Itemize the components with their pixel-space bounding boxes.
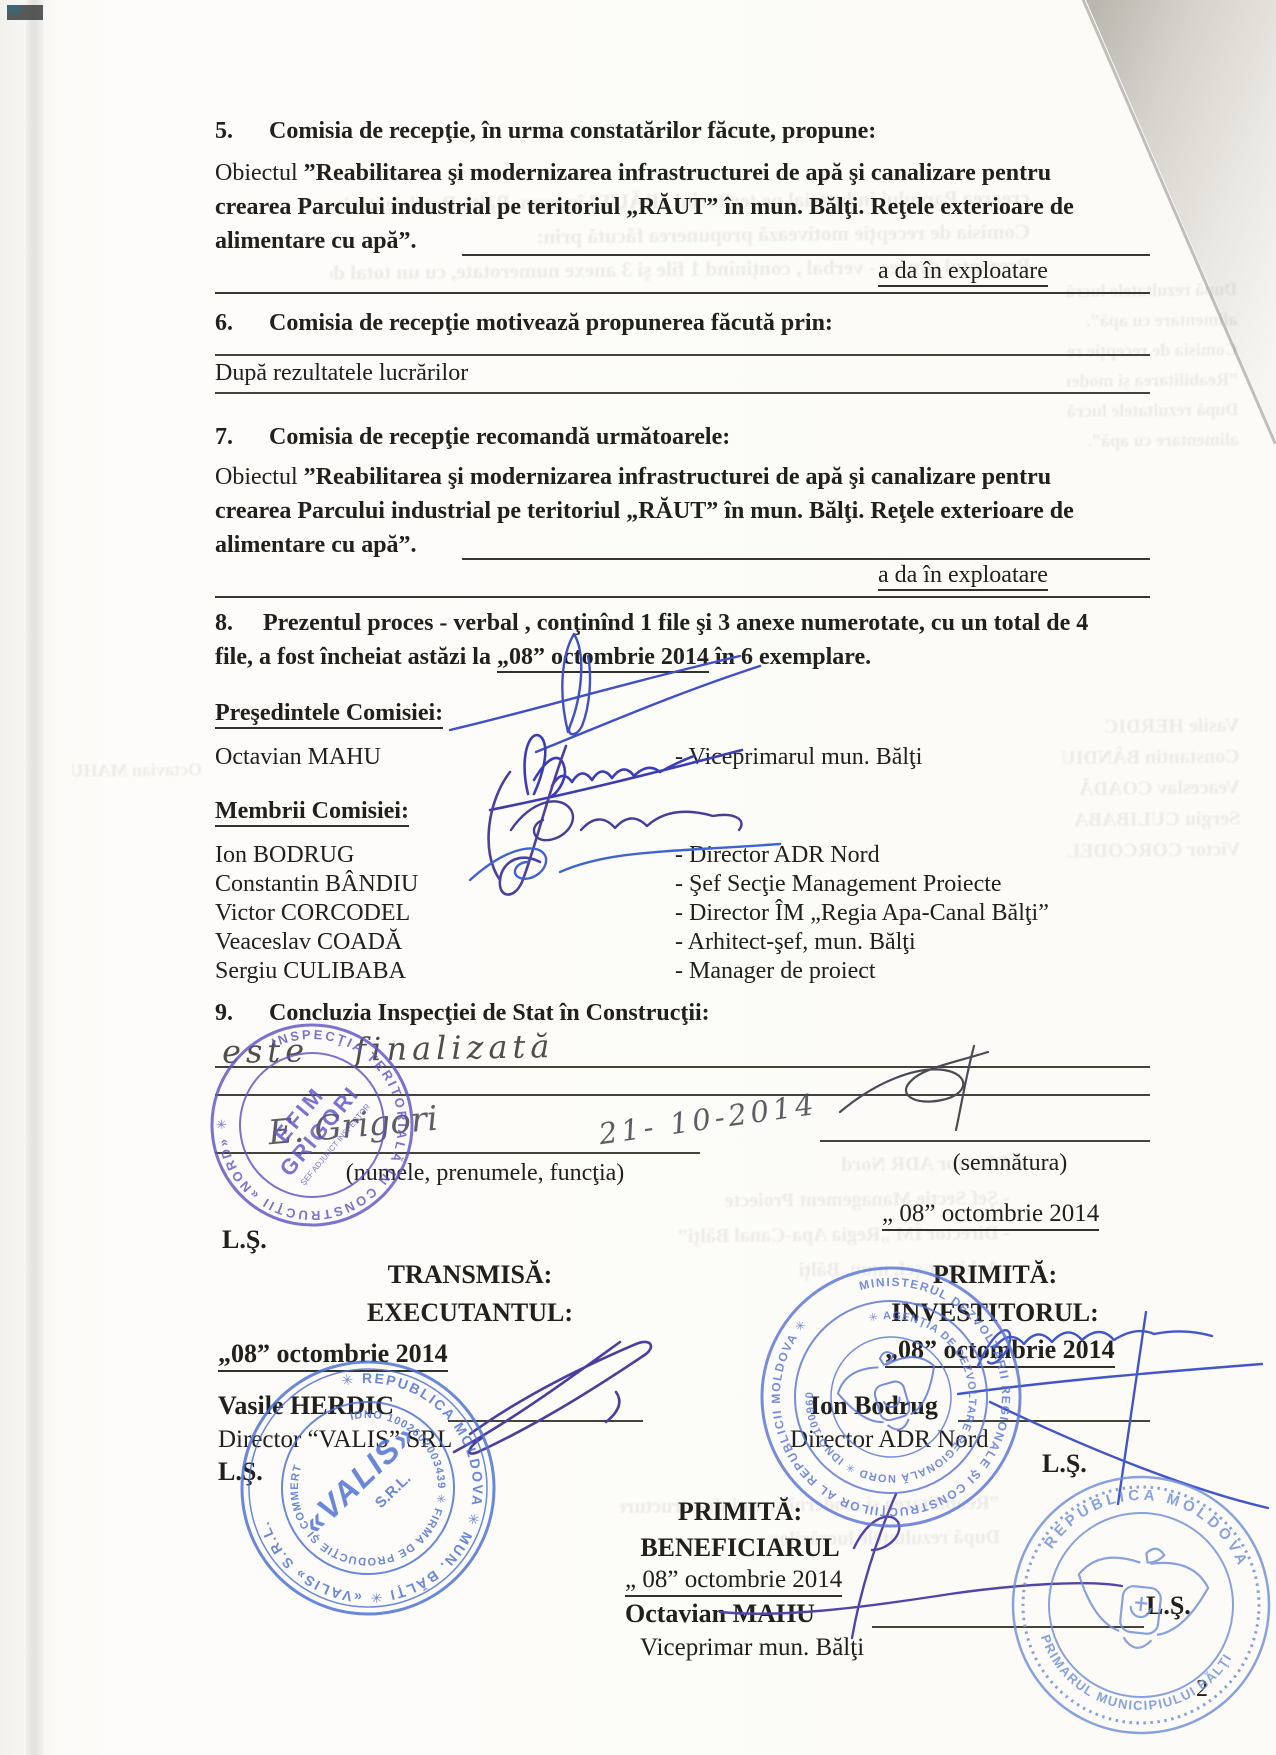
object-text: ”Reabilitarea şi modernizarea infrastruc… — [304, 464, 1051, 490]
verdict-exploatare: a da în exploatare — [878, 562, 1048, 591]
document-page: crearea Parcului industrial pe teritoriu… — [0, 0, 1276, 1755]
member-role: - Manager de proiect — [675, 958, 876, 984]
member-name: Ion BODRUG — [215, 842, 354, 868]
transmitted-header: TRANSMISĂ: EXECUTANTUL: — [320, 1256, 620, 1332]
member-name: Veaceslav COADĂ — [215, 929, 402, 955]
section8-number: 8. — [215, 610, 233, 636]
bleed-through-text: Octavian MAHU — [72, 759, 202, 790]
member-row: Victor CORCODEL - Director ÎM „Regia Apa… — [215, 900, 1150, 929]
members-curls-path — [511, 801, 741, 840]
president-heading: Preşedintele Comisiei: — [215, 700, 443, 729]
verdict-exploatare: a da în exploatare — [878, 258, 1048, 287]
ruled-line — [462, 254, 1150, 256]
bleed-line: Comisia de recepţie recomandă următoarel… — [1066, 334, 1238, 366]
caption-signature: (semnătura) — [900, 1150, 1120, 1176]
ruled-line — [820, 1140, 1150, 1142]
primaria-stamp-coat-of-arms — [1072, 1541, 1212, 1655]
member-role: - Arhitect-şef, mun. Bălţi — [675, 929, 916, 955]
ruled-line — [215, 292, 1150, 294]
transmitted-subtitle: EXECUTANTUL: — [320, 1294, 620, 1332]
member-name: Sergiu CULIBABA — [215, 958, 406, 984]
svg-text:MINISTERUL DEZVOLTĂRII REGIONA: MINISTERUL DEZVOLTĂRII REGIONALE ŞI CONS… — [740, 1246, 1043, 1548]
ruled-line — [215, 596, 1150, 598]
section7-number: 7. — [215, 424, 233, 450]
bleed-line: alimentare cu apă”. — [1065, 304, 1237, 336]
president-name: Octavian MAHU — [215, 744, 381, 770]
scan-corner-artifact-blue — [7, 5, 21, 13]
section5-heading: 5. Comisia de recepţie, în urma constată… — [215, 118, 876, 144]
ruled-line — [215, 392, 1150, 394]
transmitted-title: TRANSMISĂ: — [320, 1256, 620, 1294]
object-paragraph2-line1: Obiectul ”Reabilitarea şi modernizarea i… — [215, 464, 1051, 490]
member-row: Veaceslav COADĂ - Arhitect-şef, mun. Băl… — [215, 929, 1150, 958]
member-name: Constantin BÂNDIU — [215, 871, 418, 897]
section9-number: 9. — [215, 1000, 233, 1026]
object-paragraph-line3: alimentare cu apă”. — [215, 228, 417, 254]
bleed-line: După rezultatele lucrărilor — [1066, 394, 1238, 426]
inspection-signature-path — [840, 1046, 988, 1130]
svg-text:✳ AGENŢIA DE DEZVOLTARE REGION: ✳ AGENŢIA DE DEZVOLTARE REGIONALĂ NORD ✳… — [783, 1289, 999, 1505]
members-signature-sergiu — [450, 836, 800, 896]
member-role: - Director ÎM „Regia Apa-Canal Bălţi” — [675, 900, 1049, 926]
section6-title: Comisia de recepţie motivează propunerea… — [269, 310, 833, 336]
section7-heading: 7. Comisia de recepţie recomandă următoa… — [215, 424, 730, 450]
bleed-line: Veaceslav COADĂ — [950, 772, 1240, 806]
bleed-line: Vasile HERDIC — [949, 710, 1239, 744]
section5-title: Comisia de recepţie, în urma constatăril… — [269, 118, 876, 144]
section7-title: Comisia de recepţie recomandă următoarel… — [269, 424, 730, 450]
ruled-line — [462, 558, 1150, 560]
bleed-line: Octavian MAHU — [72, 759, 202, 781]
bleed-line: Sergiu CULIBABA — [950, 803, 1240, 837]
bleed-line: După rezultatele lucrărilor — [1065, 274, 1237, 306]
section6-heading: 6. Comisia de recepţie motivează propune… — [215, 310, 833, 336]
scan-edge-band — [26, 0, 44, 1755]
adr-stamp-outer-ring-text: MINISTERUL DEZVOLTĂRII REGIONALE ŞI CONS… — [740, 1246, 1043, 1548]
bleed-line: alimentare cu apă”. — [1067, 424, 1239, 456]
object-paragraph2-line2: crearea Parcului industrial pe teritoriu… — [215, 498, 1074, 524]
inspection-date-handwritten: 21- 10-2014 — [597, 1089, 820, 1151]
section6-answer: După rezultatele lucrărilor — [215, 360, 468, 386]
bleed-through-text: După rezultatele lucrărilor alimentare c… — [1065, 274, 1239, 466]
object-text: ”Reabilitarea şi modernizarea infrastruc… — [304, 160, 1051, 186]
object-paragraph-line1: Obiectul ”Reabilitarea şi modernizarea i… — [215, 160, 1051, 186]
object-paragraph2-line3: alimentare cu apă”. — [215, 532, 417, 558]
member-row: Sergiu CULIBABA - Manager de proiect — [215, 958, 1150, 987]
object-prefix: Obiectul — [215, 160, 304, 186]
primaria-balti-stamp: REPUBLICA MOLDOVA PRIMARUL MUNICIPIULUI … — [995, 1459, 1276, 1751]
adr-stamp-inner-ring-text: ✳ AGENŢIA DE DEZVOLTARE REGIONALĂ NORD ✳… — [783, 1289, 999, 1505]
object-paragraph-line2: crearea Parcului industrial pe teritoriu… — [215, 194, 1074, 220]
section6-number: 6. — [215, 310, 233, 336]
svg-text:PRIMARUL MUNICIPIULUI BĂLŢI: PRIMARUL MUNICIPIULUI BĂLŢI — [1031, 1631, 1236, 1723]
object-prefix: Obiectul — [215, 464, 304, 490]
primaria-stamp-bottom-arc-text: PRIMARUL MUNICIPIULUI BĂLŢI — [1031, 1631, 1236, 1723]
members-heading: Membrii Comisiei: — [215, 798, 409, 827]
sergiu-signature-path — [470, 844, 780, 880]
inspection-signature — [820, 1040, 1020, 1140]
inspection-date: „ 08” octombrie 2014 — [882, 1200, 1099, 1231]
member-name: Victor CORCODEL — [215, 900, 410, 926]
section5-number: 5. — [215, 118, 233, 144]
ruled-line — [215, 354, 1150, 356]
